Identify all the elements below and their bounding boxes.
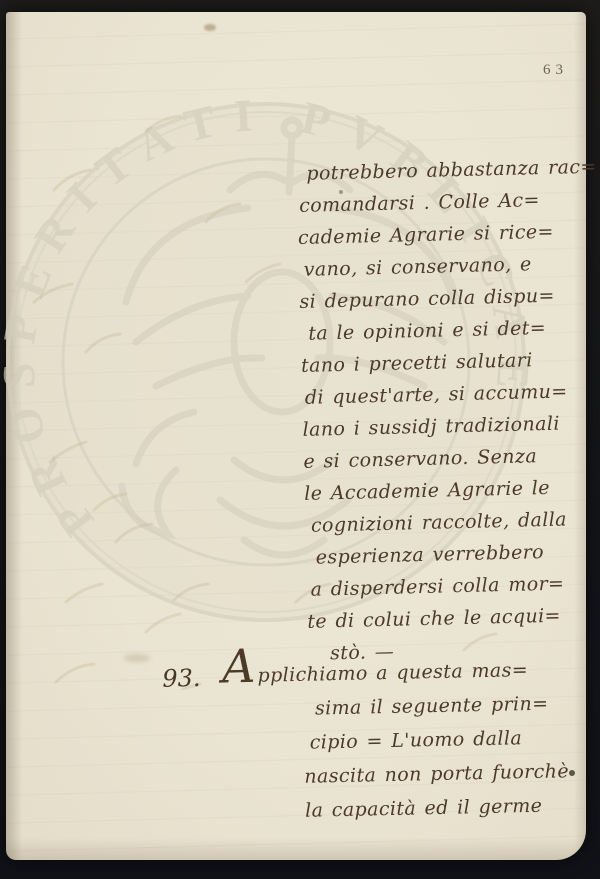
handwriting-line: nascita non porta fuorchè — [304, 753, 600, 793]
page-number-stamp: 63 — [543, 62, 568, 79]
paragraph-number: 93. — [162, 664, 201, 693]
scanned-manuscript: PROSPERITATI PVBLICAE — [0, 0, 600, 879]
paper-stain — [204, 24, 216, 31]
paper-stain — [124, 654, 150, 662]
handwriting-block-2: 93. Applichiamo a questa mas= sima il se… — [6, 651, 600, 834]
handwriting-block-1: potrebbero abbastanza rac= comandarsi . … — [296, 151, 600, 670]
paper-speck — [569, 770, 575, 776]
paper-speck — [339, 190, 343, 194]
manuscript-page: PROSPERITATI PVBLICAE — [6, 12, 586, 860]
handwriting-line: la capacità ed il germe — [305, 787, 600, 827]
